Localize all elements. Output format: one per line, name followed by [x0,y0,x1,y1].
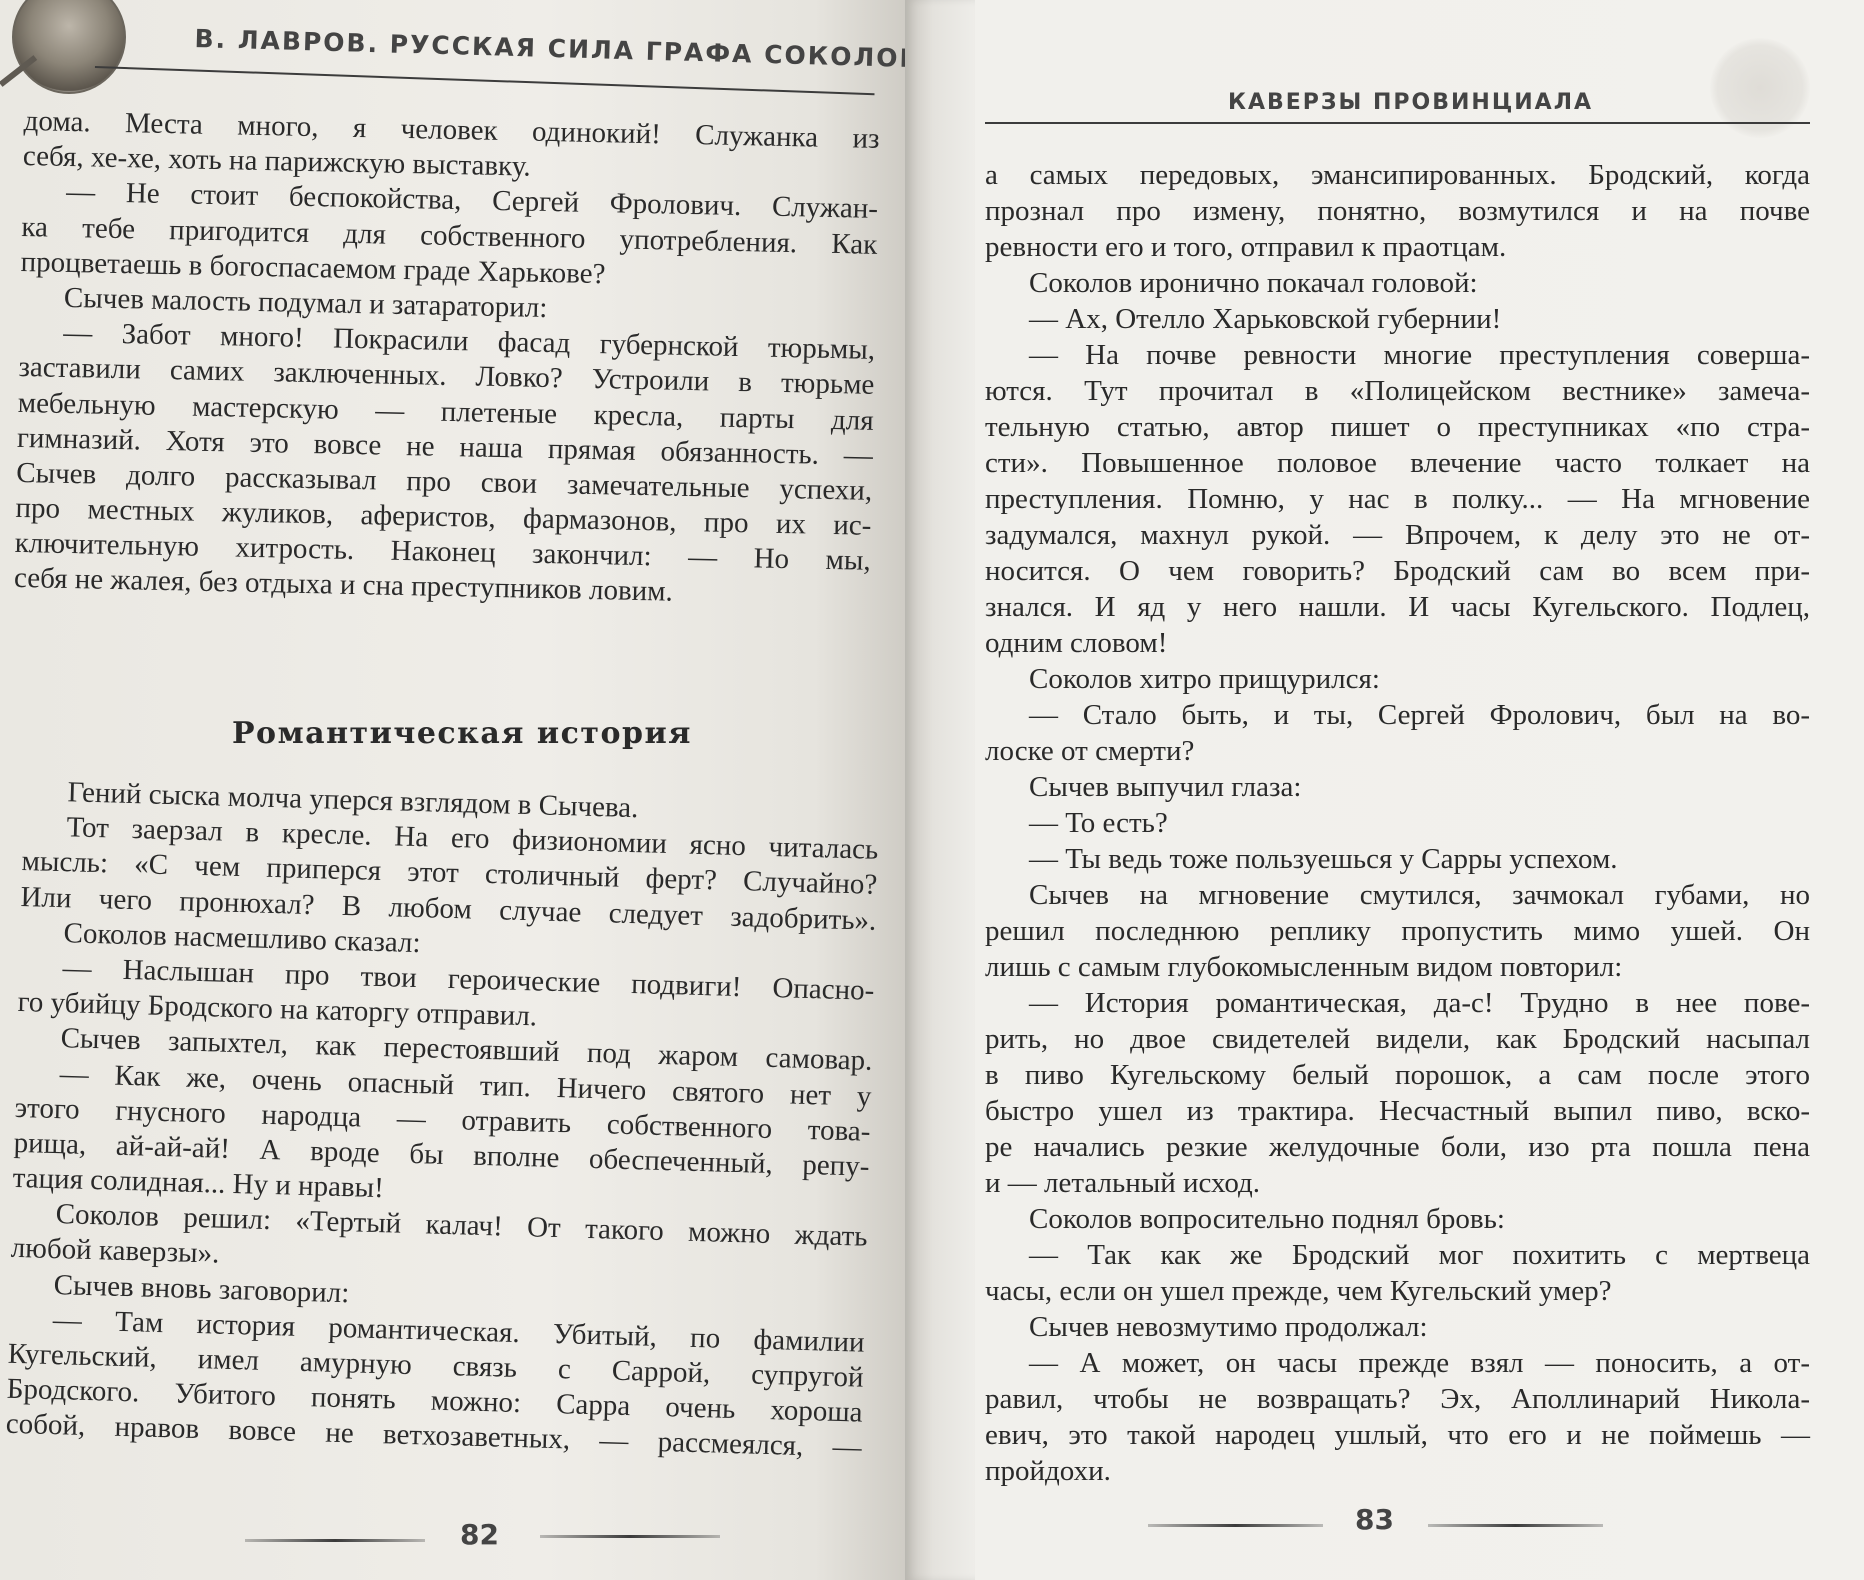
folio-rule-left [245,1539,425,1542]
section-heading: Романтическая история [232,716,692,751]
text-line: а самых передовых, эмансипированных. Бро… [985,160,1810,196]
left-body-text-top: дома. Места много, я человек одинокий! С… [14,106,880,616]
left-body-text-bottom: Гений сыска молча уперся взглядом в Сыче… [5,776,879,1468]
text-line: часы, если он ушел прежде, чем Кугельски… [985,1276,1810,1312]
text-line: быстро ушел из трактира. Несчастный выпи… [985,1096,1810,1132]
text-line: ревности его и того, отправил к праотцам… [985,232,1810,268]
text-line: ются. Тут прочитал в «Полицейском вестни… [985,376,1810,412]
text-line: лоске от смерти? [985,736,1810,772]
text-line: тельную статью, автор пишет о преступник… [985,412,1810,448]
text-line: носится. О чем говорить? Бродский сам во… [985,556,1810,592]
page-number: 82 [460,1518,499,1551]
text-line: — Стало быть, и ты, Сергей Фролович, был… [985,700,1810,736]
text-line: преступления. Помню, у нас в полку... — … [985,484,1810,520]
left-page: В. ЛАВРОВ. РУССКАЯ СИЛА ГРАФА СОКОЛОВА д… [0,0,905,1580]
header-rule [95,66,875,95]
text-line: решил последнюю реплику пропустить мимо … [985,916,1810,952]
text-line: пройдохи. [985,1456,1810,1492]
text-line: Соколов иронично покачал головой: [985,268,1810,304]
book-gutter [905,0,975,1580]
text-line: прознал про измену, понятно, возмутился … [985,196,1810,232]
author-portrait-icon [12,0,126,94]
text-line: и — летальный исход. [985,1168,1810,1204]
text-line: Сычев невозмутимо продолжал: [985,1312,1810,1348]
text-line: — Так как же Бродский мог похитить с мер… [985,1240,1810,1276]
text-line: Сычев выпучил глаза: [985,772,1810,808]
folio-rule-right [540,1535,720,1538]
text-line: Сычев на мгновение смутился, зачмокал гу… [985,880,1810,916]
text-line: — На почве ревности многие преступления … [985,340,1810,376]
text-line: ре начались резкие желудочные боли, изо … [985,1132,1810,1168]
left-running-head: В. ЛАВРОВ. РУССКАЯ СИЛА ГРАФА СОКОЛОВА [194,24,905,74]
page-number: 83 [1355,1503,1394,1536]
text-line: лишь с самым глубокомысленным видом повт… [985,952,1810,988]
text-line: одним словом! [985,628,1810,664]
folio-rule-left [1148,1524,1323,1527]
text-line: — Ты ведь тоже пользуешься у Сарры успех… [985,844,1810,880]
text-line: рить, но двое свидетелей видели, как Бро… [985,1024,1810,1060]
text-line: равил, чтобы не возвращать? Эх, Аполлина… [985,1384,1810,1420]
text-line: знался. И яд у него нашли. И часы Кугель… [985,592,1810,628]
text-line: Соколов хитро прищурился: [985,664,1810,700]
text-line: задумался, махнул рукой. — Впрочем, к де… [985,520,1810,556]
header-rule [985,122,1810,124]
text-line: сти». Повышенное половое влечение часто … [985,448,1810,484]
text-line: — То есть? [985,808,1810,844]
text-line: в пиво Кугельскому белый порошок, а сам … [985,1060,1810,1096]
text-line: — История романтическая, да-с! Трудно в … [985,988,1810,1024]
text-line: — А может, он часы прежде взял — поносит… [985,1348,1810,1384]
text-line: — Ах, Отелло Харьковской губернии! [985,304,1810,340]
right-body-text: а самых передовых, эмансипированных. Бро… [985,160,1810,1492]
folio-rule-right [1428,1524,1603,1527]
text-line: евич, это такой народец ушлый, что его и… [985,1420,1810,1456]
right-running-head: КАВЕРЗЫ ПРОВИНЦИАЛА [1228,90,1593,115]
text-line: Соколов вопросительно поднял бровь: [985,1204,1810,1240]
